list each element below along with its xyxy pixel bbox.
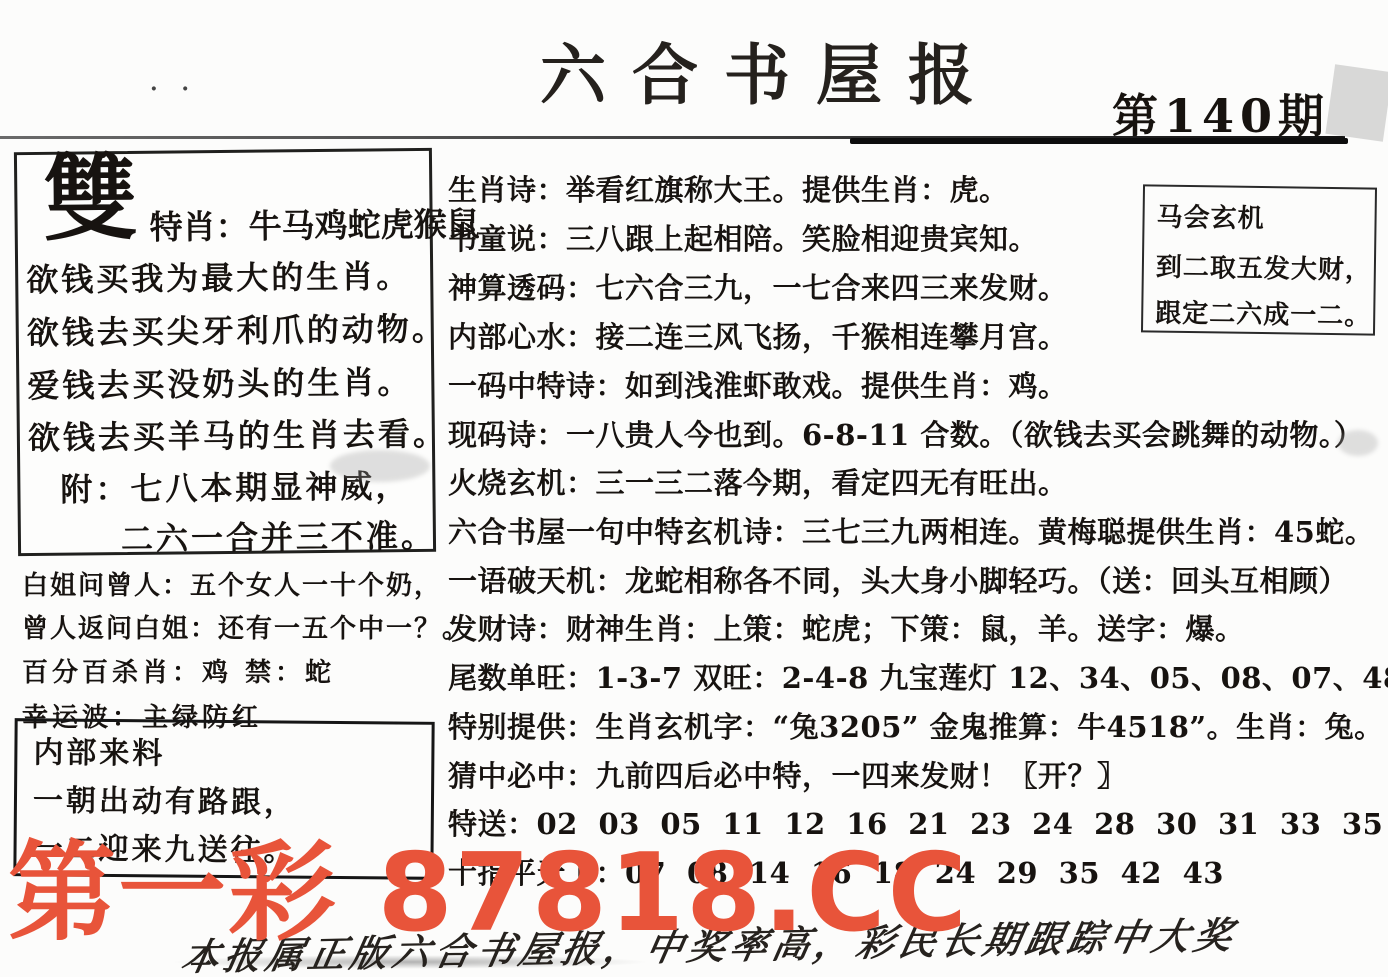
special-box-line: 二六一合并三不准。 — [121, 511, 436, 560]
prediction-line: 一码中特诗：如到浅淮虾敢戏。提供生肖：鸡。 — [448, 364, 1068, 405]
scan-smudge — [1338, 430, 1378, 456]
prediction-line: 六合书屋一句中特玄机诗：三七三九两相连。黄梅聪提供生肖：45蛇。 — [448, 510, 1374, 551]
prediction-line: 特别提供：生肖玄机字：“兔3205” 金鬼推算：牛4518”。生肖：兔。 — [448, 705, 1384, 746]
scan-dots: · · — [150, 76, 197, 102]
special-zodiac-headline: 特肖：牛马鸡蛇虎猴鼠 — [149, 198, 479, 248]
horse-box-line: 到二取五发大财， — [1156, 247, 1373, 287]
special-zodiac-box: 雙 特肖：牛马鸡蛇虎猴鼠 欲钱买我为最大的生肖。 欲钱去买尖牙利爪的动物。 爱钱… — [14, 148, 436, 556]
prediction-line: 发财诗：财神生肖：上策：蛇虎；下策：鼠，羊。送字：爆。 — [448, 607, 1245, 648]
site-watermark: 第一彩 87818.CC — [8, 840, 969, 948]
inside-box-title: 内部来料 — [33, 727, 165, 772]
prediction-line: 神算透码：七六合三九，一七合来四三来发财。 — [448, 266, 1068, 307]
double-character: 雙 — [43, 152, 138, 247]
prediction-line: 一语破天机：龙蛇相称各不同，头大身小脚轻巧。（送：回头互相顾） — [448, 559, 1348, 600]
kill-zodiac-line: 百分百杀肖：鸡 禁：蛇 — [22, 652, 335, 689]
horse-box-line: 跟定二六成一二。 — [1155, 293, 1372, 333]
horse-mystery-box: 马会玄机 到二取五发大财， 跟定二六成一二。 — [1141, 184, 1377, 335]
prediction-line: 尾数单旺：1-3-7 双旺：2-4-8 九宝莲灯 12、34、05、08、07、… — [448, 656, 1388, 697]
note-line: 白姐问曾人：五个女人一十个奶， — [22, 565, 442, 602]
prediction-line: 火烧玄机：三一三二落今期，看定四无有旺出。 — [448, 461, 1068, 502]
prediction-line: 现码诗：一八贵人今也到。6-8-11 合数。（欲钱去买会跳舞的动物。） — [448, 413, 1363, 454]
page-title: 六合书屋报 — [450, 22, 1090, 117]
prediction-line: 生肖诗：举看红旗称大王。提供生肖：虎。 — [448, 168, 1009, 209]
horse-box-title: 马会玄机 — [1156, 197, 1265, 236]
special-box-line: 欲钱去买尖牙利爪的动物。 — [27, 304, 447, 354]
inside-box-line: 一朝出动有路跟， — [33, 775, 297, 821]
special-box-line: 爱钱去买没奶头的生肖。 — [27, 357, 412, 407]
prediction-line: 猜中必中：九前四后必中特，一四来发财！〖开？〗 — [448, 754, 1127, 795]
prediction-line: 内部心水：接二连三风飞扬，千猴相连攀月宫。 — [448, 315, 1068, 356]
scan-smudge — [1325, 64, 1388, 141]
scan-smudge — [330, 450, 430, 482]
note-line: 曾人返问白姐：还有一五个中一？。 — [22, 608, 470, 645]
prediction-line: 书童说：三八跟上起相陪。笑脸相迎贵宾知。 — [448, 217, 1038, 258]
header-rule-thick — [850, 138, 1348, 144]
special-box-line: 欲钱买我为最大的生肖。 — [26, 251, 411, 301]
